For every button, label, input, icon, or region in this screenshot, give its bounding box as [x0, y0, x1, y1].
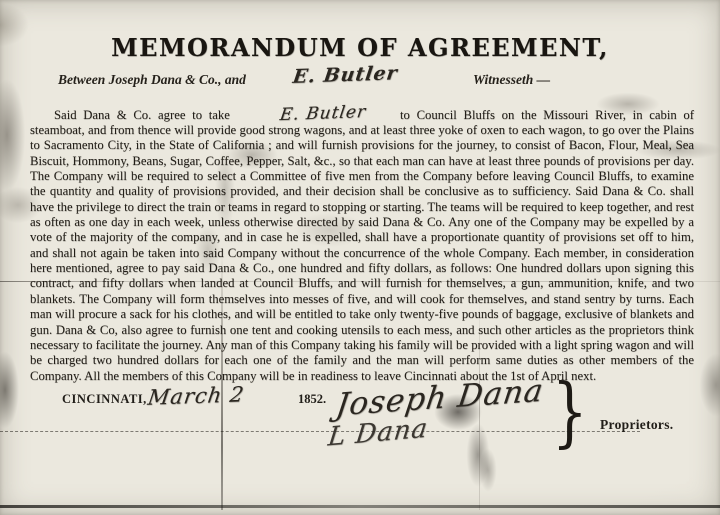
paper-bottom-edge	[0, 505, 720, 508]
witnesseth-text: Witnesseth —	[473, 72, 550, 88]
body-lead-text: Said Dana & Co. agree to take	[54, 108, 230, 122]
party-name-handwritten: E. Butler	[291, 62, 399, 88]
closing-section: CINCINNATI, March 2 1852. Joseph Dana L …	[0, 384, 720, 504]
date-handwritten: March 2	[146, 382, 246, 409]
year-label: 1852.	[298, 392, 326, 407]
body-insert-handwritten: E. Butler	[256, 112, 366, 116]
signature-brace: }	[552, 369, 588, 457]
place-label: CINCINNATI,	[62, 392, 147, 407]
between-parties-text: Between Joseph Dana & Co., and	[58, 72, 246, 88]
document-title: MEMORANDUM OF AGREEMENT,	[0, 33, 720, 62]
document-paper: MEMORANDUM OF AGREEMENT, Between Joseph …	[0, 0, 720, 515]
agreement-body-paragraph: Said Dana & Co. agree to takeE. Butlerto…	[30, 108, 694, 384]
body-main-text: to Council Bluffs on the Missouri River,…	[30, 108, 694, 383]
scanned-document-photo: MEMORANDUM OF AGREEMENT, Between Joseph …	[0, 0, 720, 515]
preamble-line: Between Joseph Dana & Co., and E. Butler…	[58, 68, 668, 92]
proprietors-label: Proprietors.	[600, 417, 673, 433]
